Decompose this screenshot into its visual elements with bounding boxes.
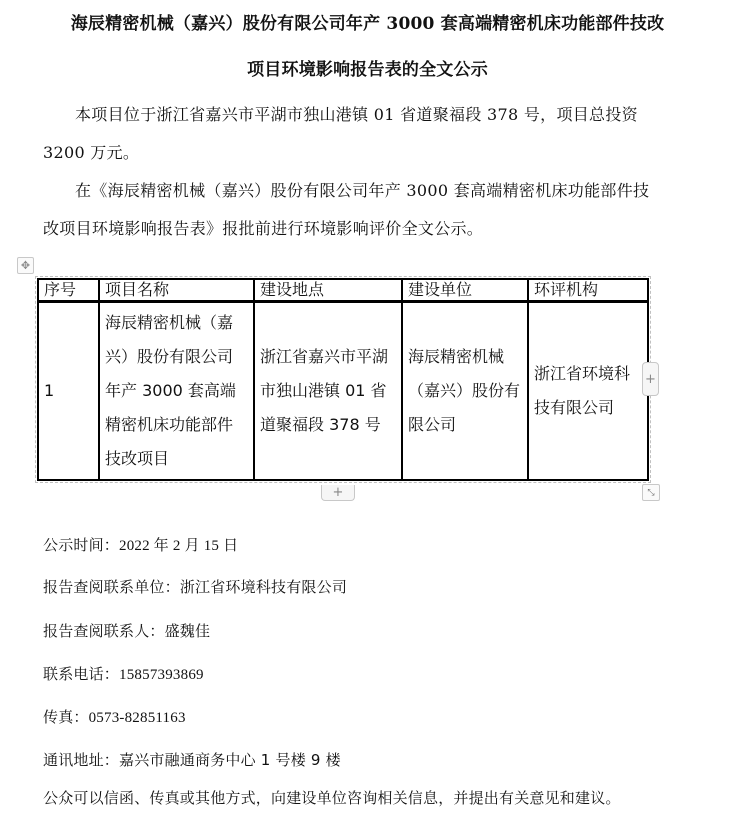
fax-label: 传真：	[43, 708, 89, 726]
table-resize-handle-icon[interactable]: ⤡	[642, 484, 660, 501]
cell-index[interactable]: 1	[38, 302, 99, 481]
add-column-button[interactable]: +	[642, 362, 659, 396]
address-label: 通讯地址：	[43, 751, 119, 769]
contact-unit-value: 浙江省环境科技有限公司	[180, 578, 347, 596]
header-location: 建设地点	[254, 279, 402, 302]
header-project-name: 项目名称	[99, 279, 254, 302]
header-builder: 建设单位	[402, 279, 528, 302]
table-row: 1 海辰精密机械（嘉兴）股份有限公司年产 3000 套高端精密机床功能部件技改项…	[38, 302, 648, 481]
header-eia-agency: 环评机构	[528, 279, 648, 302]
project-info-table: 序号 项目名称 建设地点 建设单位 环评机构 1 海辰精密机械（嘉兴）股份有限公…	[37, 278, 649, 481]
table-move-handle-icon[interactable]: ✥	[17, 257, 34, 274]
contact-person-label: 报告查阅联系人：	[43, 622, 165, 640]
project-location-paragraph: 本项目位于浙江省嘉兴市平湖市独山港镇 01 省道聚福段 378 号，项目总投资 …	[43, 96, 663, 172]
cell-location[interactable]: 浙江省嘉兴市平湖市独山港镇 01 省道聚福段 378 号	[254, 302, 402, 481]
contact-person-line: 报告查阅联系人：盛魏佳	[43, 620, 210, 641]
header-index: 序号	[38, 279, 99, 302]
cell-eia-agency[interactable]: 浙江省环境科技有限公司	[528, 302, 648, 481]
document-title-line-1: 海辰精密机械（嘉兴）股份有限公司年产 3000 套高端精密机床功能部件技改	[0, 9, 735, 34]
add-row-button[interactable]: +	[321, 485, 355, 501]
publish-time-label: 公示时间：	[43, 536, 119, 554]
address-value: 嘉兴市融通商务中心 1 号楼 9 楼	[119, 751, 341, 769]
publish-time-value: 2022 年 2 月 15 日	[119, 538, 238, 554]
document-title-line-2: 项目环境影响报告表的全文公示	[0, 55, 735, 80]
cell-project-name[interactable]: 海辰精密机械（嘉兴）股份有限公司年产 3000 套高端精密机床功能部件技改项目	[99, 302, 254, 481]
publication-statement-paragraph: 在《海辰精密机械（嘉兴）股份有限公司年产 3000 套高端精密机床功能部件技改项…	[43, 172, 663, 248]
fax-line: 传真：0573-82851163	[43, 706, 186, 727]
phone-line: 联系电话：15857393869	[43, 663, 204, 684]
publish-time-line: 公示时间：2022 年 2 月 15 日	[43, 534, 238, 555]
phone-value: 15857393869	[119, 667, 204, 683]
contact-unit-label: 报告查阅联系单位：	[43, 578, 180, 596]
table-header-row: 序号 项目名称 建设地点 建设单位 环评机构	[38, 279, 648, 302]
address-line: 通讯地址：嘉兴市融通商务中心 1 号楼 9 楼	[43, 749, 341, 770]
fax-value: 0573-82851163	[89, 710, 186, 726]
public-notice-line: 公众可以信函、传真或其他方式，向建设单位咨询相关信息，并提出有关意见和建议。	[43, 787, 621, 808]
cell-builder[interactable]: 海辰精密机械（嘉兴）股份有限公司	[402, 302, 528, 481]
phone-label: 联系电话：	[43, 665, 119, 683]
contact-person-value: 盛魏佳	[165, 622, 211, 640]
contact-unit-line: 报告查阅联系单位：浙江省环境科技有限公司	[43, 576, 347, 597]
